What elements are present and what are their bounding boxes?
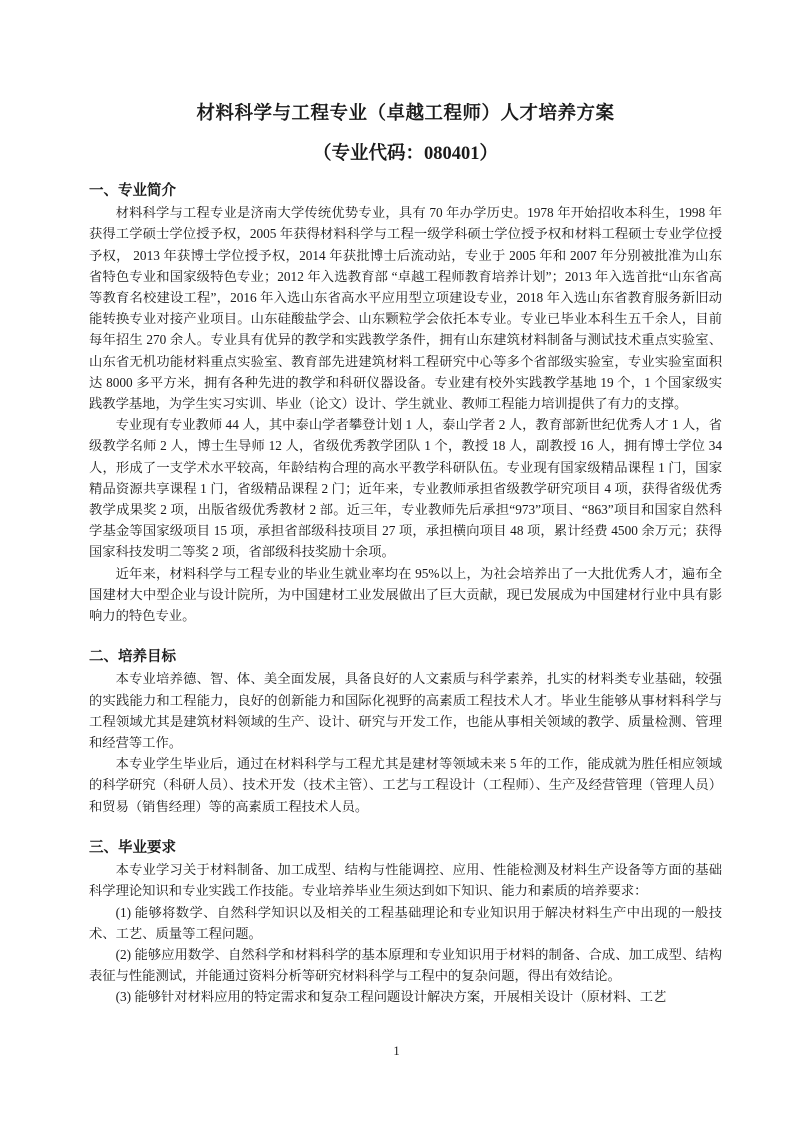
page-number: 1 [0, 1043, 793, 1059]
document-title: 材料科学与工程专业（卓越工程师）人才培养方案 [89, 101, 722, 128]
section-heading: 二、培养目标 [89, 647, 722, 668]
document-page: 材料科学与工程专业（卓越工程师）人才培养方案 （专业代码：080401） 一、专… [0, 0, 793, 1122]
paragraph: (3) 能够针对材料应用的特定需求和复杂工程问题设计解决方案，开展相关设计（原材… [89, 986, 722, 1007]
section-major-introduction: 一、专业简介 材料科学与工程专业是济南大学传统优势专业，具有 70 年办学历史。… [89, 181, 722, 626]
section-heading: 三、毕业要求 [89, 838, 722, 859]
paragraph: 本专业学生毕业后，通过在材料科学与工程尤其是建材等领域未来 5 年的工作，能成就… [89, 753, 722, 817]
section-heading: 一、专业简介 [89, 181, 722, 202]
paragraph: 本专业培养德、智、体、美全面发展，具备良好的人文素质与科学素养，扎实的材料类专业… [89, 668, 722, 753]
paragraph: 近年来，材料科学与工程专业的毕业生就业率均在 95%以上，为社会培养出了一大批优… [89, 563, 722, 627]
paragraph: (2) 能够应用数学、自然科学和材料科学的基本原理和专业知识用于材料的制备、合成… [89, 944, 722, 986]
paragraph: (1) 能够将数学、自然科学知识以及相关的工程基础理论和专业知识用于解决材料生产… [89, 902, 722, 944]
document-subtitle: （专业代码：080401） [89, 141, 722, 168]
paragraph: 专业现有专业教师 44 人，其中泰山学者攀登计划 1 人，泰山学者 2 人，教育… [89, 414, 722, 562]
paragraph: 材料科学与工程专业是济南大学传统优势专业，具有 70 年办学历史。1978 年开… [89, 202, 722, 414]
paragraph: 本专业学习关于材料制备、加工成型、结构与性能调控、应用、性能检测及材料生产设备等… [89, 859, 722, 901]
section-graduation-requirements: 三、毕业要求 本专业学习关于材料制备、加工成型、结构与性能调控、应用、性能检测及… [89, 838, 722, 1008]
section-training-objectives: 二、培养目标 本专业培养德、智、体、美全面发展，具备良好的人文素质与科学素养，扎… [89, 647, 722, 817]
